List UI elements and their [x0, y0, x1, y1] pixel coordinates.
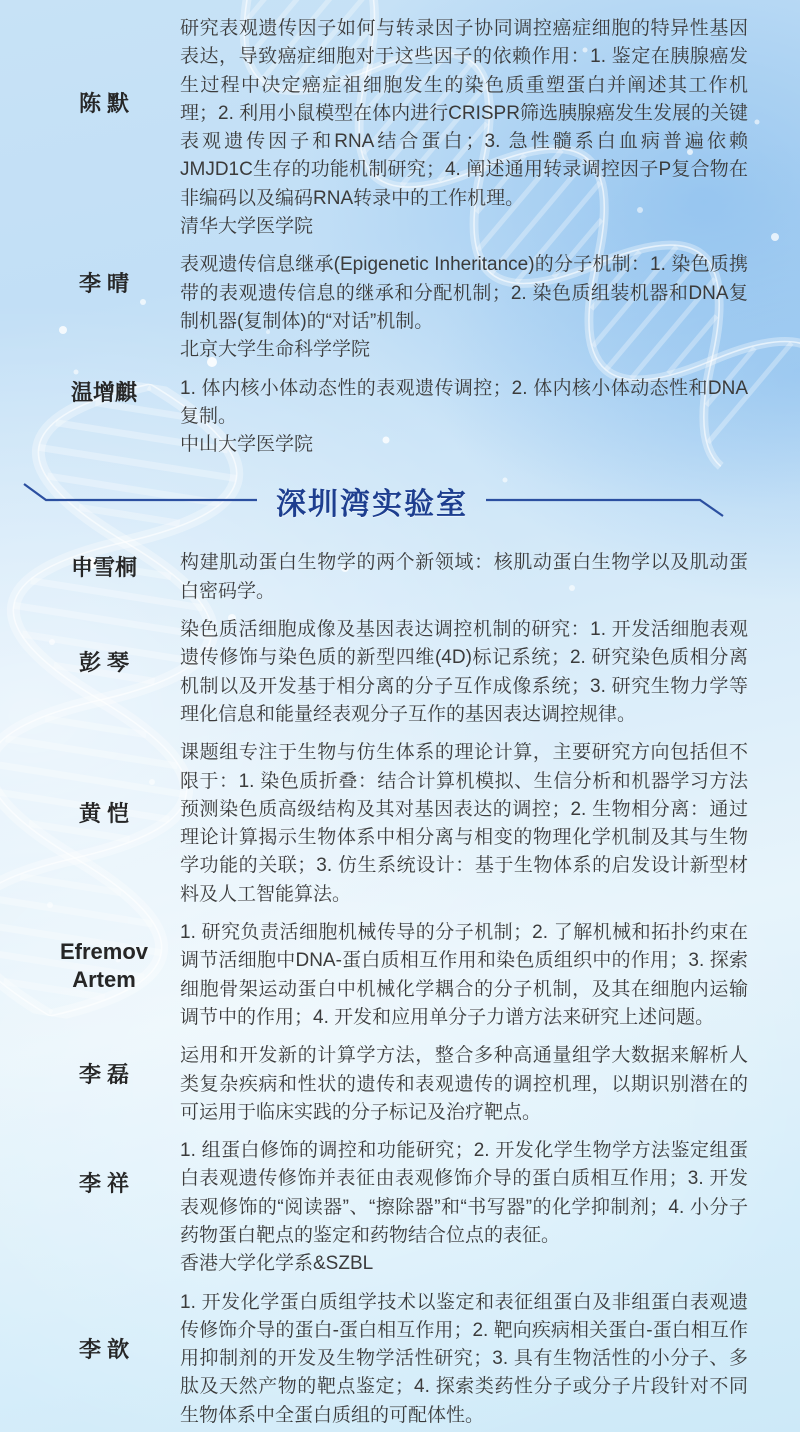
- researcher-name: 李 祥: [0, 1170, 180, 1198]
- research-description: 课题组专注于生物与仿生体系的理论计算，主要研究方向包括但不限于：1. 染色质折叠…: [180, 739, 748, 909]
- researcher-entry: 李 磊 运用和开发新的计算学方法，整合多种高通量组学大数据来解析人类复杂疾病和性…: [0, 1042, 748, 1127]
- researcher-name: 温增麒: [0, 379, 180, 407]
- spacer: [0, 1250, 180, 1278]
- researcher-name: 彭 琴: [0, 649, 180, 677]
- research-description: 1. 开发化学蛋白质组学技术以鉴定和表征组蛋白及非组蛋白表观遗传修饰介导的蛋白-…: [180, 1289, 748, 1430]
- researcher-name: 李 歆: [0, 1336, 180, 1364]
- research-description: 染色质活细胞成像及基因表达调控机制的研究：1. 开发活细胞表观遗传修饰与染色质的…: [180, 616, 748, 729]
- researcher-entry: 李 晴 表观遗传信息继承(Epigenetic Inheritance)的分子机…: [0, 251, 748, 364]
- researcher-entry: 温增麒 1. 体内核小体动态性的表观遗传调控；2. 体内核小体动态性和DNA复制…: [0, 375, 748, 460]
- section-header: 深圳湾实验室: [0, 479, 748, 523]
- researcher-entry: Efremov Artem 1. 研究负责活细胞机械传导的分子机制；2. 了解机…: [0, 919, 748, 1032]
- affiliation: 香港大学化学系&SZBL: [180, 1250, 748, 1278]
- researcher-name: Efremov Artem: [0, 938, 180, 993]
- research-description: 表观遗传信息继承(Epigenetic Inheritance)的分子机制：1.…: [180, 251, 748, 336]
- researcher-name: 李 磊: [0, 1061, 180, 1089]
- researcher-entry: 李 歆 1. 开发化学蛋白质组学技术以鉴定和表征组蛋白及非组蛋白表观遗传修饰介导…: [0, 1289, 748, 1430]
- spacer: [0, 213, 180, 241]
- researcher-entry: 陈 默 研究表观遗传因子如何与转录因子协同调控癌症细胞的特异性基因表达，导致癌症…: [0, 15, 748, 241]
- spacer: [0, 336, 180, 364]
- researcher-entry: 彭 琴 染色质活细胞成像及基因表达调控机制的研究：1. 开发活细胞表观遗传修饰与…: [0, 616, 748, 729]
- section-title: 深圳湾实验室: [276, 479, 468, 523]
- poster-content: 陈 默 研究表观遗传因子如何与转录因子协同调控癌症细胞的特异性基因表达，导致癌症…: [0, 0, 800, 1430]
- researcher-name: 黄 恺: [0, 800, 180, 828]
- spacer: [0, 431, 180, 459]
- research-description: 1. 组蛋白修饰的调控和功能研究；2. 开发化学生物学方法鉴定组蛋白表观遗传修饰…: [180, 1137, 748, 1250]
- affiliation: 北京大学生命科学学院: [180, 336, 748, 364]
- researcher-name: 李 晴: [0, 270, 180, 298]
- affiliation: 清华大学医学院: [180, 213, 748, 241]
- research-description: 构建肌动蛋白生物学的两个新领域：核肌动蛋白生物学以及肌动蛋白密码学。: [180, 549, 748, 606]
- researcher-name: 陈 默: [0, 90, 180, 118]
- researcher-entry: 李 祥 1. 组蛋白修饰的调控和功能研究；2. 开发化学生物学方法鉴定组蛋白表观…: [0, 1137, 748, 1278]
- research-description: 研究表观遗传因子如何与转录因子协同调控癌症细胞的特异性基因表达，导致癌症细胞对于…: [180, 15, 748, 213]
- researcher-name: 申雪桐: [0, 554, 180, 582]
- section-divider-left: [22, 481, 258, 521]
- research-description: 1. 研究负责活细胞机械传导的分子机制；2. 了解机械和拓扑约束在调节活细胞中D…: [180, 919, 748, 1032]
- researcher-entry: 申雪桐 构建肌动蛋白生物学的两个新领域：核肌动蛋白生物学以及肌动蛋白密码学。: [0, 549, 748, 606]
- section-divider-right: [486, 481, 726, 521]
- research-description: 1. 体内核小体动态性的表观遗传调控；2. 体内核小体动态性和DNA复制。: [180, 375, 748, 432]
- researcher-entry: 黄 恺 课题组专注于生物与仿生体系的理论计算，主要研究方向包括但不限于：1. 染…: [0, 739, 748, 909]
- affiliation: 中山大学医学院: [180, 431, 748, 459]
- research-description: 运用和开发新的计算学方法，整合多种高通量组学大数据来解析人类复杂疾病和性状的遗传…: [180, 1042, 748, 1127]
